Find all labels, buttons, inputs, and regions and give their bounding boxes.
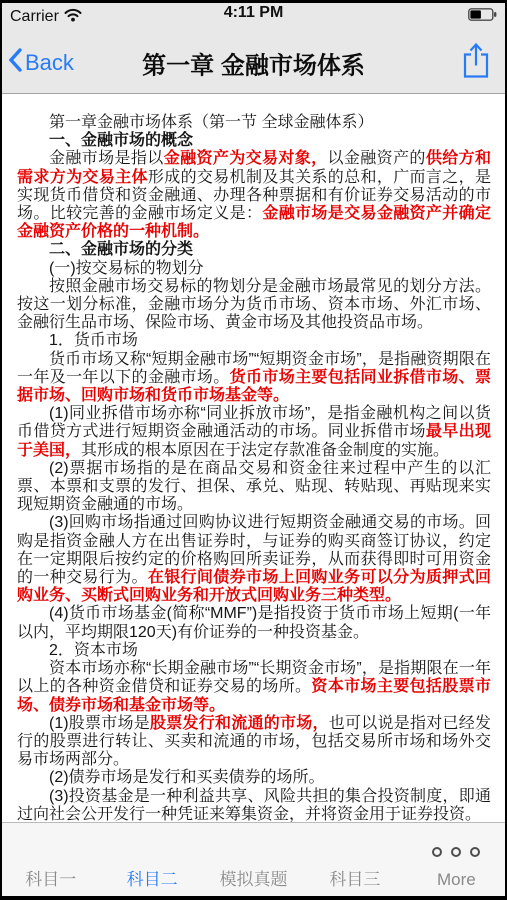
paragraph: (3)回购市场指通过回购协议进行短期资金融通交易的市场。回购是指资金融人方在出售… — [17, 514, 491, 605]
text-segment: 一、金融市场的概念 — [49, 132, 193, 149]
highlighted-text-segment: 金融资产为交易对象， — [164, 150, 328, 167]
tab-more[interactable]: More — [406, 823, 507, 900]
text-segment: (4)货币市场基金(简称“MMF”)是指投资于货币市场上短期(一年以内，平均期限… — [17, 605, 491, 640]
text-segment: (一)按交易标的物划分 — [49, 260, 204, 277]
status-right — [468, 8, 497, 26]
tab-label: 科目一 — [25, 865, 76, 890]
paragraph: 货币市场又称“短期金融市场”“短期资金市场”，是指融资期限在一年及一年以下的金融… — [17, 351, 491, 406]
back-chevron-icon — [8, 48, 22, 78]
tab-subject-one[interactable]: 科目一 — [0, 823, 101, 900]
status-bar: Carrier 4:11 PM — [0, 0, 507, 32]
text-segment: (2)债券市场是发行和买卖债券的场所。 — [49, 769, 325, 786]
tab-bar: 科目一科目二模拟真题科目三More — [0, 822, 507, 900]
highlighted-text-segment: 股票发行和流通的市场， — [150, 715, 329, 732]
tab-label: More — [437, 870, 476, 890]
text-segment: 金融市场是指以 — [49, 150, 164, 167]
paragraph: 金融市场是指以金融资产为交易对象，以金融资产的供给方和需求方为交易主体形成的交易… — [17, 150, 491, 241]
paragraph: (2)债券市场是发行和买卖债券的场所。 — [17, 769, 491, 787]
text-segment: 2．资本市场 — [49, 642, 138, 659]
share-icon — [461, 42, 491, 85]
paragraph: (2)票据市场指的是在商品交易和资金往来过程中产生的以汇票、本票和支票的发行、担… — [17, 460, 491, 515]
more-dots-icon — [432, 847, 480, 857]
paragraph: 二、金融市场的分类 — [17, 241, 491, 259]
text-segment: (1)同业拆借市场亦称“同业拆放市场”，是指金融机构之间以货币借贷方式进行短期资… — [17, 405, 491, 440]
paragraph: 一、金融市场的概念 — [17, 132, 491, 150]
paragraph: 资本市场亦称“长期金融市场”“长期资金市场”，是指期限在一年以上的各种资金借贷和… — [17, 660, 491, 715]
dot — [432, 847, 442, 857]
clock: 4:11 PM — [224, 4, 284, 22]
header: Carrier 4:11 PM — [0, 0, 507, 94]
page-title: 第一章 金融市场体系 — [142, 46, 365, 81]
navigation-bar: Back 第一章 金融市场体系 — [0, 32, 507, 94]
carrier-label: Carrier — [10, 8, 59, 26]
battery-icon — [468, 8, 497, 25]
tab-subject-three[interactable]: 科目三 — [304, 823, 405, 900]
paragraph: 2．资本市场 — [17, 642, 491, 660]
dot — [470, 847, 480, 857]
paragraph: (3)投资基金是一种利益共享、风险共担的集合投资制度，即通过向社会公开发行一种凭… — [17, 788, 491, 822]
tab-label: 科目三 — [329, 865, 380, 890]
paragraph: (4)货币市场基金(简称“MMF”)是指投资于货币市场上短期(一年以内，平均期限… — [17, 605, 491, 641]
tab-mock-exams[interactable]: 模拟真题 — [203, 823, 304, 900]
wifi-icon — [64, 8, 82, 27]
paragraph: 按照金融市场交易标的物划分是金融市场最常见的划分方法。按这一划分标准，金融市场分… — [17, 278, 491, 333]
text-segment: (3)投资基金是一种利益共享、风险共担的集合投资制度，即通过向社会公开发行一种凭… — [17, 788, 491, 822]
text-segment: 以金融资产的 — [328, 150, 426, 167]
document-content[interactable]: 第一章金融市场体系（第一节 全球金融体系）一、金融市场的概念金融市场是指以金融资… — [0, 94, 507, 822]
paragraph: 第一章金融市场体系（第一节 全球金融体系） — [17, 114, 491, 132]
app-screen: Carrier 4:11 PM — [0, 0, 507, 900]
text-segment: (2)票据市场指的是在商品交易和资金往来过程中产生的以汇票、本票和支票的发行、担… — [17, 460, 491, 513]
text-segment: 其形成的根本原因在于法定存款准备金制度的实施。 — [81, 442, 449, 459]
tab-label: 模拟真题 — [220, 865, 288, 890]
text-segment: 按照金融市场交易标的物划分是金融市场最常见的划分方法。按这一划分标准，金融市场分… — [17, 278, 491, 331]
back-label: Back — [25, 50, 74, 76]
paragraph: (一)按交易标的物划分 — [17, 260, 491, 278]
back-button[interactable]: Back — [8, 48, 74, 78]
tab-subject-two[interactable]: 科目二 — [101, 823, 202, 900]
paragraph: (1)同业拆借市场亦称“同业拆放市场”，是指金融机构之间以货币借贷方式进行短期资… — [17, 405, 491, 460]
text-segment: (1)股票市场是 — [49, 715, 150, 732]
status-left: Carrier — [10, 8, 82, 27]
paragraph: (1)股票市场是股票发行和流通的市场，也可以说是指对已经发行的股票进行转让、买卖… — [17, 715, 491, 770]
tab-label: 科目二 — [127, 865, 178, 890]
share-button[interactable] — [461, 42, 491, 85]
text-segment: 第一章金融市场体系（第一节 全球金融体系） — [49, 114, 373, 131]
text-segment: 二、金融市场的分类 — [49, 241, 193, 258]
paragraph: 1．货币市场 — [17, 332, 491, 350]
dot — [451, 847, 461, 857]
text-segment: 1．货币市场 — [49, 332, 138, 349]
